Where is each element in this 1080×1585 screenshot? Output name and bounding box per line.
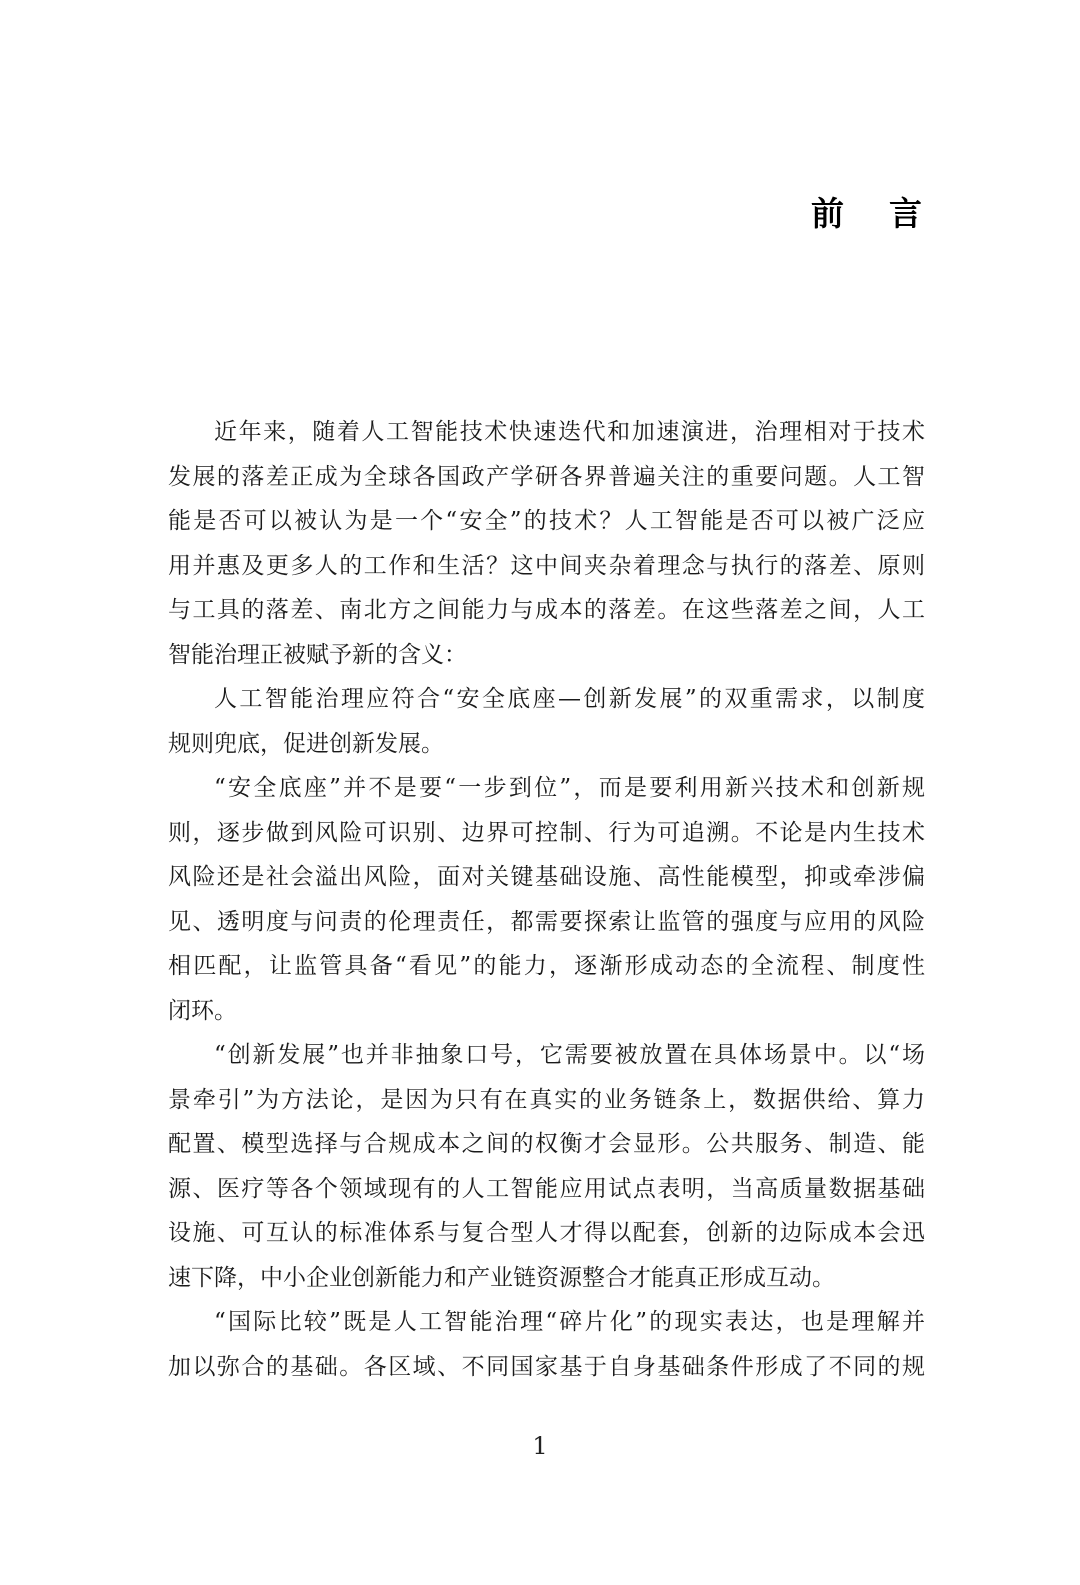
text-line: 则，逐步做到风险可识别、边界可控制、行为可追溯。不论是内生技术: [168, 811, 925, 856]
page-number: 1: [0, 1432, 1080, 1460]
text-line: 与工具的落差、南北方之间能力与成本的落差。在这些落差之间，人工: [168, 588, 925, 633]
document-page: 前 言 近年来，随着人工智能技术快速迭代和加速演进，治理相对于技术发展的落差正成…: [0, 0, 1080, 1585]
text-line: 源、医疗等各个领域现有的人工智能应用试点表明，当高质量数据基础: [168, 1167, 925, 1212]
text-line: 风险还是社会溢出风险，面对关键基础设施、高性能模型，抑或牵涉偏: [168, 855, 925, 900]
text-line: “创新发展”也并非抽象口号，它需要被放置在具体场景中。以“场: [168, 1033, 925, 1078]
page-title: 前 言: [811, 188, 928, 235]
text-line: 加以弥合的基础。各区域、不同国家基于自身基础条件形成了不同的规: [168, 1345, 925, 1390]
text-line: “安全底座”并不是要“一步到位”，而是要利用新兴技术和创新规: [168, 766, 925, 811]
text-line: 人工智能治理应符合“安全底座—创新发展”的双重需求，以制度: [168, 677, 925, 722]
text-line: “国际比较”既是人工智能治理“碎片化”的现实表达，也是理解并: [168, 1300, 925, 1345]
text-line: 智能治理正被赋予新的含义：: [168, 633, 925, 678]
text-line: 发展的落差正成为全球各国政产学研各界普遍关注的重要问题。人工智: [168, 455, 925, 500]
text-line: 近年来，随着人工智能技术快速迭代和加速演进，治理相对于技术: [168, 410, 925, 455]
text-line: 设施、可互认的标准体系与复合型人才得以配套，创新的边际成本会迅: [168, 1211, 925, 1256]
text-line: 速下降，中小企业创新能力和产业链资源整合才能真正形成互动。: [168, 1256, 925, 1301]
text-line: 相匹配，让监管具备“看见”的能力，逐渐形成动态的全流程、制度性: [168, 944, 925, 989]
text-line: 闭环。: [168, 989, 925, 1034]
text-line: 景牵引”为方法论，是因为只有在真实的业务链条上，数据供给、算力: [168, 1078, 925, 1123]
body-text: 近年来，随着人工智能技术快速迭代和加速演进，治理相对于技术发展的落差正成为全球各…: [168, 410, 925, 1389]
text-line: 能是否可以被认为是一个“安全”的技术？人工智能是否可以被广泛应: [168, 499, 925, 544]
text-line: 规则兜底，促进创新发展。: [168, 722, 925, 767]
text-line: 用并惠及更多人的工作和生活？这中间夹杂着理念与执行的落差、原则: [168, 544, 925, 589]
text-line: 见、透明度与问责的伦理责任，都需要探索让监管的强度与应用的风险: [168, 900, 925, 945]
text-line: 配置、模型选择与合规成本之间的权衡才会显形。公共服务、制造、能: [168, 1122, 925, 1167]
